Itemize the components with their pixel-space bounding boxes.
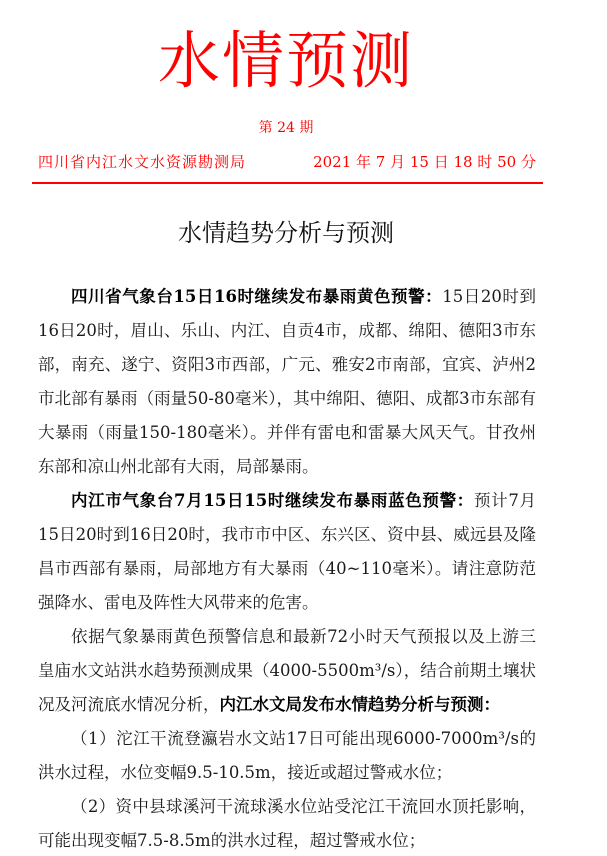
paragraph-text: （2）资中县球溪河干流球溪水位站受沱江干流回水顶托影响，可能出现变幅7.5-8.…: [38, 797, 536, 850]
paragraph-analysis-basis: 依据气象暴雨黄色预警信息和最新72小时天气预报以及上游三皇庙水文站洪水趋势预测成…: [38, 620, 536, 722]
document-heading: 水情趋势分析与预测: [0, 216, 572, 250]
paragraph-text: （1）沱江干流登瀛岩水文站17日可能出现6000-7000m³/s的洪水过程，水…: [38, 729, 536, 782]
red-divider: [32, 182, 543, 184]
masthead-title: 水情预测: [0, 22, 572, 100]
paragraph-lead: 四川省气象台15日16时继续发布暴雨黄色预警：: [71, 287, 442, 306]
issuer-name: 四川省内江水文水资源勘测局: [38, 151, 246, 173]
document-body: 四川省气象台15日16时继续发布暴雨黄色预警：15日20时到16日20时，眉山、…: [38, 280, 536, 856]
paragraph-provincial-warning: 四川省气象台15日16时继续发布暴雨黄色预警：15日20时到16日20时，眉山、…: [38, 280, 536, 484]
paragraph-city-warning: 内江市气象台7月15日15时继续发布暴雨蓝色预警：预计7月15日20时到16日2…: [38, 484, 536, 620]
issuer-row: 四川省内江水文水资源勘测局 2021 年 7 月 15 日 18 时 50 分: [38, 151, 536, 173]
paragraph-lead: 内江市气象台7月15日15时继续发布暴雨蓝色预警：: [71, 491, 474, 510]
paragraph-text: 15日20时到16日20时，眉山、乐山、内江、自贡4市，成都、绵阳、德阳3市东部…: [38, 287, 536, 476]
forecast-item-1: （1）沱江干流登瀛岩水文站17日可能出现6000-7000m³/s的洪水过程，水…: [38, 722, 536, 790]
issue-number: 第 24 期: [0, 118, 572, 138]
issue-datetime: 2021 年 7 月 15 日 18 时 50 分: [313, 151, 536, 173]
paragraph-trail-bold: 内江水文局发布水情趋势分析与预测：: [220, 695, 501, 714]
forecast-item-2: （2）资中县球溪河干流球溪水位站受沱江干流回水顶托影响，可能出现变幅7.5-8.…: [38, 790, 536, 856]
